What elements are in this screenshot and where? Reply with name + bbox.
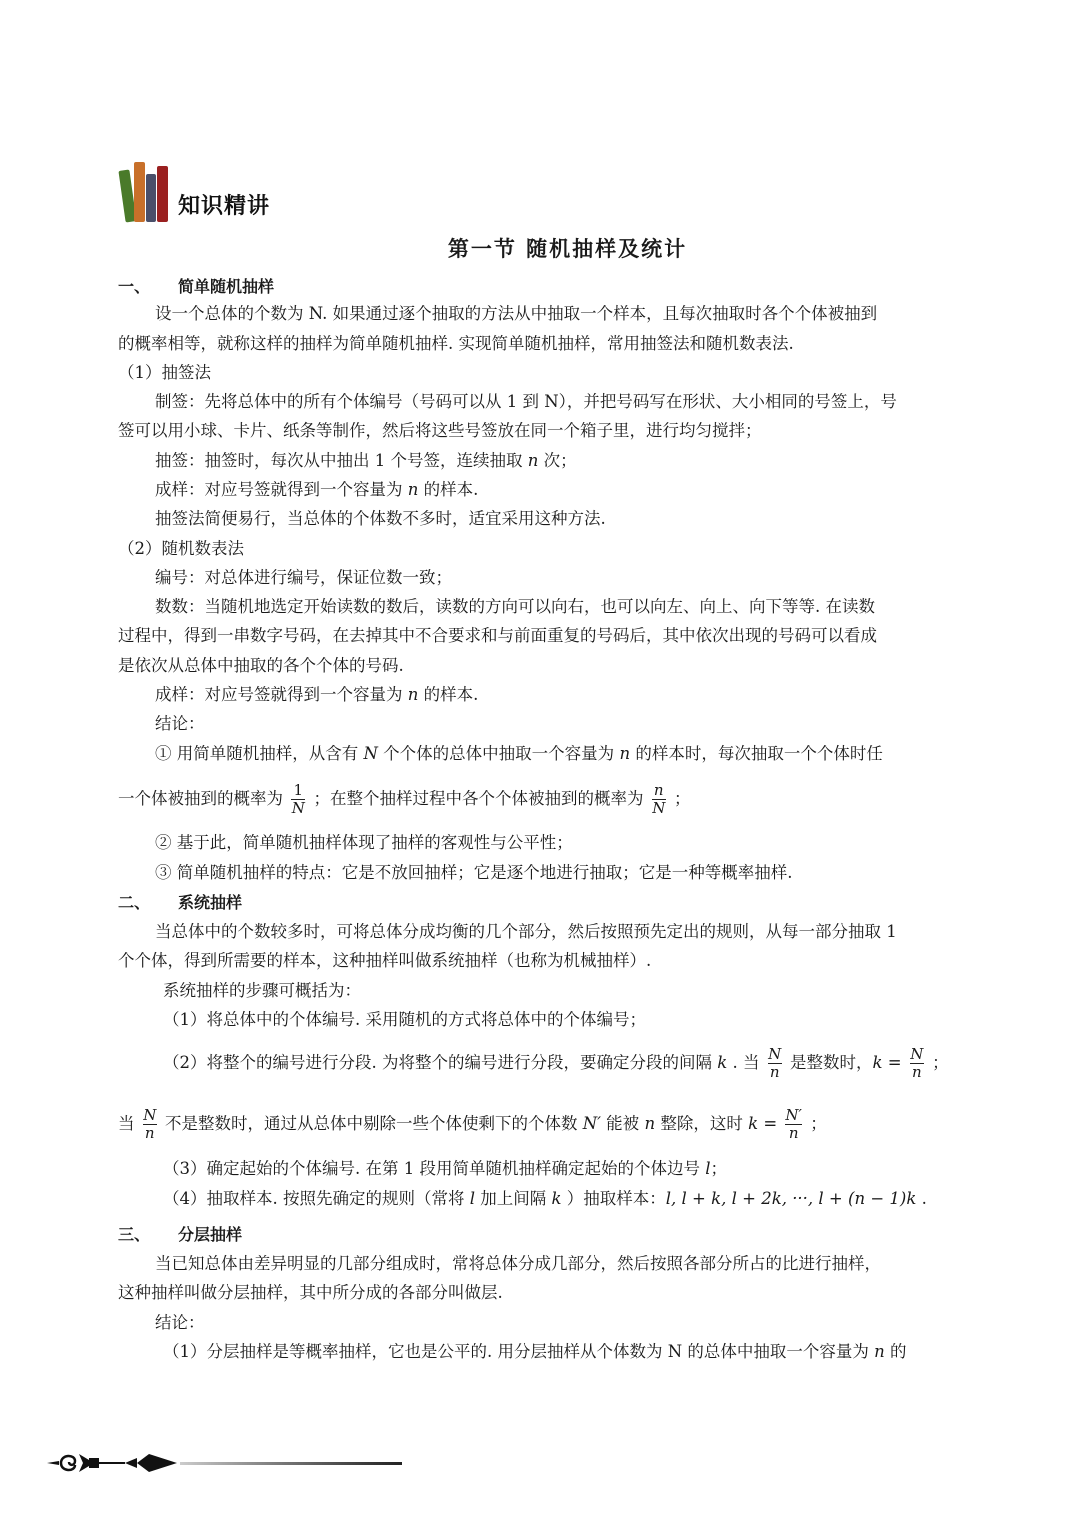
part2-step1: （1）将总体中的个体编号. 采用随机的方式将总体中的个体编号；: [163, 1009, 646, 1031]
fraction-N-over-n-2: Nn: [910, 1046, 924, 1081]
part3-conclusion-1: （1）分层抽样是等概率抽样，它也是公平的. 用分层抽样从个体数为 N 的总体中抽…: [163, 1341, 907, 1363]
part2-intro-1: 当总体中的个数较多时，可将总体分成均衡的几个部分，然后按照预先定出的规则，从每一…: [155, 921, 897, 943]
part1-conclusion-1b: 一个体被抽到的概率为 1N ；在整个抽样过程中各个个体被抽到的概率为 nN ；: [118, 782, 691, 817]
method1-note: 抽签法简便易行，当总体的个体数不多时，适宜采用这种方法.: [155, 508, 606, 530]
part2-step2: （2）将整个的编号进行分段. 为将整个的编号进行分段，要确定分段的间隔 k . …: [163, 1046, 949, 1081]
method2-title: （2）随机数表法: [118, 538, 244, 560]
method2-number: 编号：对总体进行编号，保证位数一致；: [155, 567, 452, 589]
fraction-N-over-n-3: Nn: [143, 1107, 157, 1142]
document-page: 知识精讲 第一节 随机抽样及统计 一、简单随机抽样 设一个总体的个数为 N. 如…: [0, 0, 1075, 1518]
part2-step3: （3）确定起始的个体编号. 在第 1 段用简单随机抽样确定起始的个体边号 l；: [163, 1158, 727, 1180]
knowledge-header: 知识精讲: [120, 160, 270, 222]
decorative-divider-icon: [45, 1450, 405, 1476]
method1-draw: 抽签：抽签时，每次从中抽出 1 个号签，连续抽取 n 次；: [155, 450, 577, 472]
method2-read-1: 数数：当随机地选定开始读数的数后，读数的方向可以向右，也可以向左、向上、向下等等…: [155, 596, 875, 618]
method1-make-2: 签可以用小球、卡片、纸条等制作，然后将这些号签放在同一个箱子里，进行均匀搅拌；: [118, 420, 762, 442]
fraction-N-over-n: Nn: [768, 1046, 782, 1081]
part1-heading: 一、简单随机抽样: [118, 276, 274, 298]
part1-intro-2: 的概率相等，就称这样的抽样为简单随机抽样. 实现简单随机抽样，常用抽签法和随机数…: [118, 333, 794, 355]
part3-conclusion-label: 结论：: [155, 1312, 205, 1334]
header-title: 知识精讲: [178, 189, 270, 220]
part2-steps-label: 系统抽样的步骤可概括为：: [163, 980, 361, 1002]
part2-step4: （4）抽取样本. 按照先确定的规则（常将 l 加上间隔 k ）抽取样本：l, l…: [163, 1188, 927, 1210]
fraction-Nprime-over-n: N′n: [785, 1107, 802, 1142]
part3-heading: 三、分层抽样: [118, 1224, 242, 1246]
part2-heading: 二、系统抽样: [118, 892, 242, 914]
part2-step2b: 当 Nn 不是整数时，通过从总体中剔除一些个体使剩下的个体数 N′ 能被 n 整…: [118, 1107, 827, 1142]
part2-intro-2: 个个体，得到所需要的样本，这种抽样叫做系统抽样（也称为机械抽样）.: [118, 950, 651, 972]
part1-conclusion-2: ② 基于此，简单随机抽样体现了抽样的客观性与公平性；: [155, 832, 573, 854]
part1-conclusion-1: ① 用简单随机抽样，从含有 N 个个体的总体中抽取一个容量为 n 的样本时，每次…: [155, 743, 883, 765]
section-title: 第一节 随机抽样及统计: [0, 233, 1075, 263]
fraction-n-over-N: nN: [652, 782, 666, 817]
part3-intro-2: 这种抽样叫做分层抽样，其中所分成的各部分叫做层.: [118, 1282, 503, 1304]
method1-sample: 成样：对应号签就得到一个容量为 n 的样本.: [155, 479, 478, 501]
books-icon: [120, 160, 172, 222]
part3-intro-1: 当已知总体由差异明显的几部分组成时，常将总体分成几部分，然后按照各部分所占的比进…: [155, 1253, 881, 1275]
part1-conclusion-3: ③ 简单随机抽样的特点：它是不放回抽样；它是逐个地进行抽取；它是一种等概率抽样.: [155, 862, 793, 884]
method2-read-3: 是依次从总体中抽取的各个个体的号码.: [118, 655, 404, 677]
part1-conclusion-label: 结论：: [155, 713, 205, 735]
fraction-1-over-N: 1N: [291, 782, 305, 817]
part1-intro-1: 设一个总体的个数为 N. 如果通过逐个抽取的方法从中抽取一个样本，且每次抽取时各…: [155, 303, 877, 325]
method2-read-2: 过程中，得到一串数字号码，在去掉其中不合要求和与前面重复的号码后，其中依次出现的…: [118, 625, 877, 647]
method1-title: （1）抽签法: [118, 362, 211, 384]
method2-sample: 成样：对应号签就得到一个容量为 n 的样本.: [155, 684, 478, 706]
method1-make-1: 制签：先将总体中的所有个体编号（号码可以从 1 到 N），并把号码写在形状、大小…: [155, 391, 897, 413]
